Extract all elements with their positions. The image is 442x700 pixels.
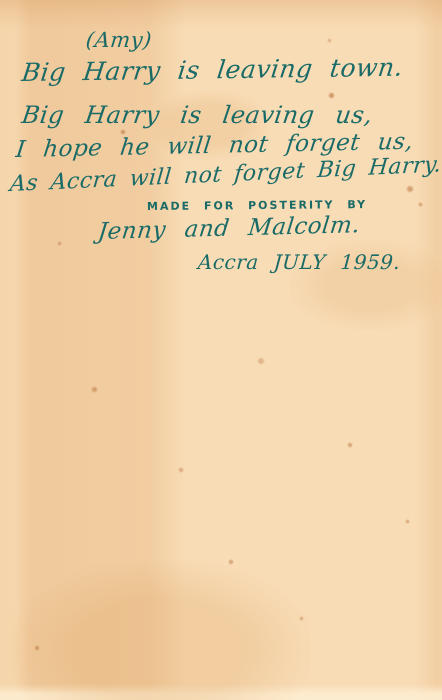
inscription-line-2: Big Harry is leaving us, bbox=[20, 101, 375, 129]
inscription-signatures: Jenny and Malcolm. bbox=[97, 212, 362, 245]
handwritten-inscription: (Amy) Big Harry is leaving town. Big Har… bbox=[0, 0, 442, 700]
inscription-posterity-caption: MADE FOR POSTERITY BY bbox=[147, 198, 367, 213]
book-endpaper-page: (Amy) Big Harry is leaving town. Big Har… bbox=[0, 0, 442, 700]
inscription-place-date: Accra JULY 1959. bbox=[197, 250, 401, 274]
inscription-recipient-name: (Amy) bbox=[85, 28, 153, 52]
inscription-line-1: Big Harry is leaving town. bbox=[20, 53, 405, 87]
